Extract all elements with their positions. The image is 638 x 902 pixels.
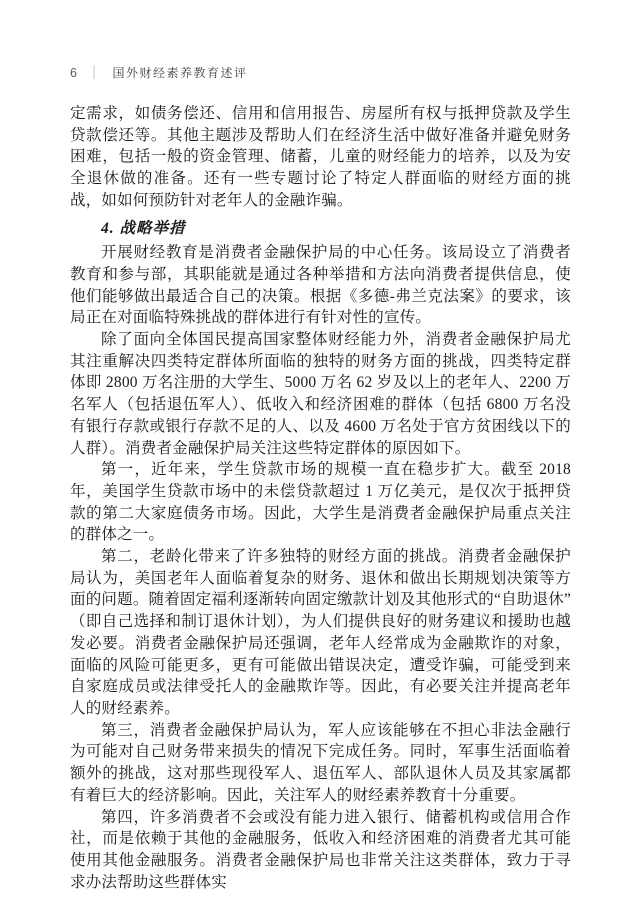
section-heading: 4. 战略举措: [70, 218, 571, 240]
page-number: 6: [70, 66, 77, 80]
book-page: 6 ｜ 国外财经素养教育述评 定需求，如债务偿还、信用和信用报告、房屋所有权与抵…: [0, 0, 638, 902]
paragraph: 第一，近年来，学生贷款市场的规模一直在稳步扩大。截至 2018 年，美国学生贷款…: [70, 459, 571, 546]
paragraph-continuation: 定需求，如债务偿还、信用和信用报告、房屋所有权与抵押贷款及学生贷款偿还等。其他主…: [70, 103, 571, 212]
running-title: 国外财经素养教育述评: [112, 64, 247, 81]
page-header: 6 ｜ 国外财经素养教育述评: [70, 64, 571, 81]
paragraph: 第二，老龄化带来了许多独特的财经方面的挑战。消费者金融保护局认为，美国老年人面临…: [70, 546, 571, 720]
paragraph: 第三，消费者金融保护局认为，军人应该能够在不担心非法金融行为可能对自己财务带来损…: [70, 720, 571, 807]
paragraph: 开展财经教育是消费者金融保护局的中心任务。该局设立了消费者教育和参与部，其职能就…: [70, 242, 571, 329]
page-body: 定需求，如债务偿还、信用和信用报告、房屋所有权与抵押贷款及学生贷款偿还等。其他主…: [70, 103, 571, 893]
header-separator: ｜: [88, 63, 102, 83]
paragraph: 第四，许多消费者不会或没有能力进入银行、储蓄机构或信用合作社，而是依赖于其他的金…: [70, 807, 571, 894]
paragraph: 除了面向全体国民提高国家整体财经能力外，消费者金融保护局尤其注重解决四类特定群体…: [70, 329, 571, 459]
